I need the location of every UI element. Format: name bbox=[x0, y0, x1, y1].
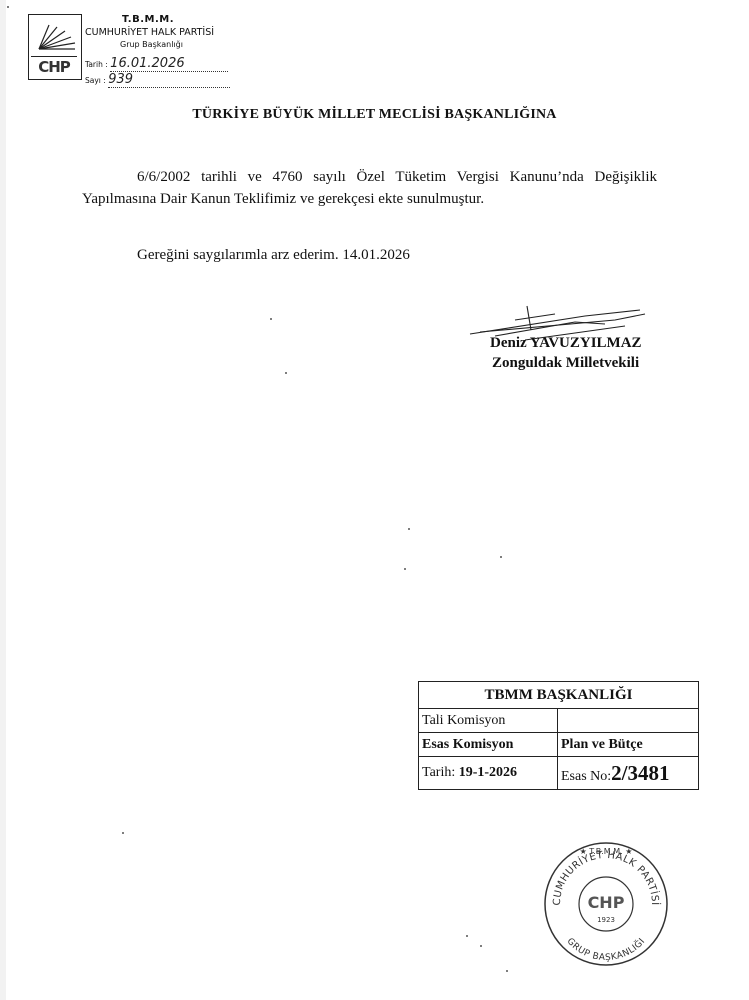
scan-speck bbox=[270, 318, 272, 320]
svg-text:CHP: CHP bbox=[588, 893, 625, 912]
stamp-unit: Grup Başkanlığı bbox=[120, 40, 183, 49]
scan-speck bbox=[122, 832, 124, 834]
registry-date-label: Tarih: bbox=[422, 765, 455, 780]
signatory-title: Zonguldak Milletvekili bbox=[492, 355, 639, 372]
round-party-stamp: CUMHURİYET HALK PARTİSİ GRUP BAŞKANLIĞI … bbox=[542, 840, 670, 968]
addressee-heading: TÜRKİYE BÜYÜK MİLLET MECLİSİ BAŞKANLIĞIN… bbox=[0, 107, 749, 123]
table-row: Esas Komisyon Plan ve Bütçe bbox=[419, 733, 699, 757]
six-arrows-icon bbox=[31, 17, 79, 53]
scan-speck bbox=[500, 556, 502, 558]
header-stamp: CHP T.B.M.M. CUMHURİYET HALK PARTİSİ Gru… bbox=[22, 12, 232, 88]
stamp-party: CUMHURİYET HALK PARTİSİ bbox=[85, 27, 214, 38]
registry-date-cell: Tarih: 19-1-2026 bbox=[419, 757, 558, 790]
scan-speck bbox=[7, 6, 9, 8]
esas-no-cell: Esas No:2/3481 bbox=[558, 757, 699, 790]
tali-komisyon-label: Tali Komisyon bbox=[419, 709, 558, 733]
stamp-number-row: Sayı : 939 bbox=[85, 72, 230, 88]
esas-komisyon-value: Plan ve Bütçe bbox=[558, 733, 699, 757]
chp-logo: CHP bbox=[28, 14, 82, 80]
stamp-institution: T.B.M.M. bbox=[122, 14, 174, 25]
table-row: Tali Komisyon bbox=[419, 709, 699, 733]
stamp-date-label: Tarih : bbox=[85, 60, 108, 69]
scan-speck bbox=[408, 528, 410, 530]
letter-paragraph-1: 6/6/2002 tarihli ve 4760 sayılı Özel Tük… bbox=[82, 166, 657, 210]
scan-speck bbox=[466, 935, 468, 937]
logo-text: CHP bbox=[31, 56, 77, 77]
stamp-date-row: Tarih : 16.01.2026 bbox=[85, 56, 228, 72]
svg-text:★ T.B.M.M. ★: ★ T.B.M.M. ★ bbox=[580, 847, 633, 856]
registry-date-value: 19-1-2026 bbox=[459, 765, 517, 780]
tali-komisyon-value bbox=[558, 709, 699, 733]
esas-no-value: 2/3481 bbox=[611, 761, 669, 785]
stamp-number-value: 939 bbox=[108, 72, 133, 87]
table-row: Tarih: 19-1-2026 Esas No:2/3481 bbox=[419, 757, 699, 790]
registry-header: TBMM BAŞKANLIĞI bbox=[419, 682, 699, 709]
scan-speck bbox=[285, 372, 287, 374]
svg-text:GRUP BAŞKANLIĞI: GRUP BAŞKANLIĞI bbox=[565, 936, 648, 963]
letter-paragraph-2: Gereğini saygılarımla arz ederim. 14.01.… bbox=[137, 244, 537, 266]
scan-speck bbox=[480, 945, 482, 947]
scan-speck bbox=[404, 568, 406, 570]
signatory-name: Deniz YAVUZYILMAZ bbox=[490, 335, 642, 352]
stamp-date-value: 16.01.2026 bbox=[110, 56, 184, 71]
scan-speck bbox=[506, 970, 508, 972]
page-edge bbox=[0, 0, 6, 1000]
esas-komisyon-label: Esas Komisyon bbox=[419, 733, 558, 757]
svg-text:1923: 1923 bbox=[597, 916, 615, 924]
registry-table: TBMM BAŞKANLIĞI Tali Komisyon Esas Komis… bbox=[418, 681, 699, 790]
esas-no-label: Esas No: bbox=[561, 769, 611, 784]
stamp-number-label: Sayı : bbox=[85, 76, 106, 85]
